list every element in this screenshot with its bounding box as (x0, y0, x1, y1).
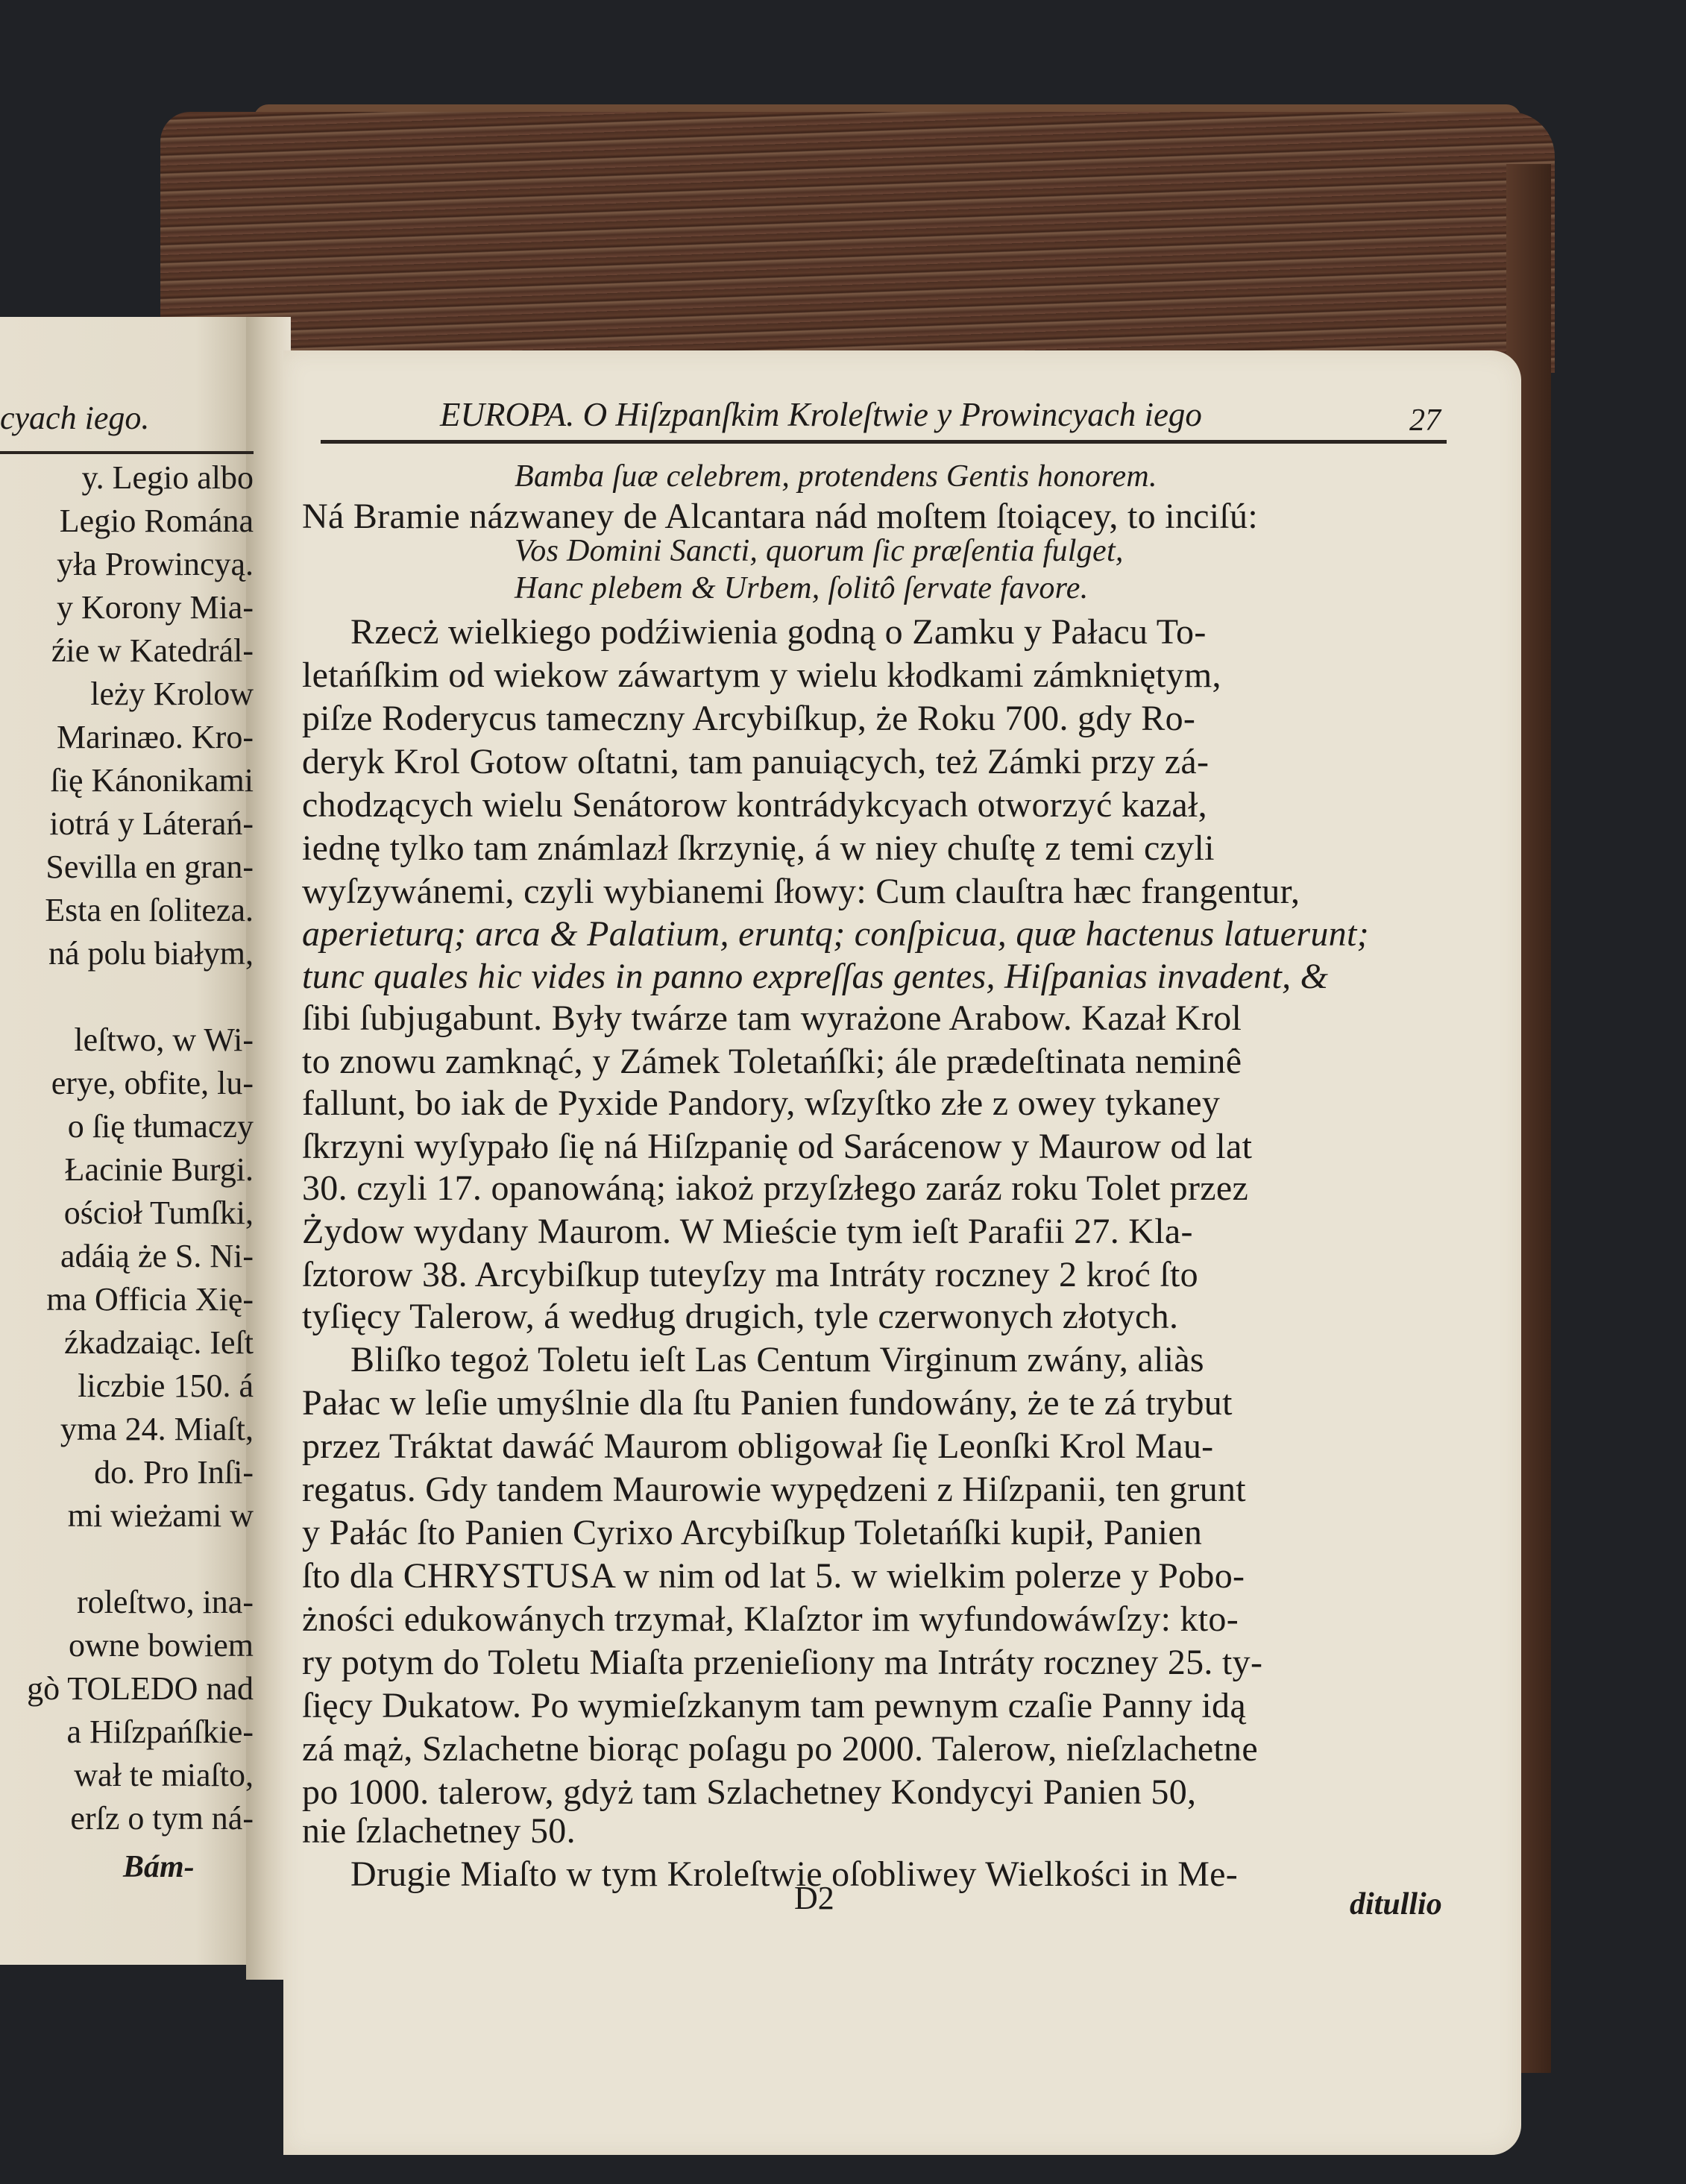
signature-mark: D2 (794, 1879, 834, 1917)
catchword: ditullio (1350, 1886, 1442, 1922)
left-running-head: cyach iego. (0, 399, 149, 437)
text-line: Żydow wydany Maurom. W Mieście tym ieſt … (302, 1211, 1193, 1252)
running-head: EUROPA. O Hiſzpanſkim Kroleſtwie y Prowi… (440, 395, 1202, 434)
left-text-line: Esta en ſoliteza. (0, 891, 254, 929)
left-text-line: ościoł Tumſki, (0, 1194, 254, 1232)
left-catchword: Bám- (123, 1849, 195, 1885)
text-line: iednę tylko tam známlazł ſkrzynię, á w n… (302, 828, 1215, 869)
left-text-line: mi wieżami w (0, 1497, 254, 1535)
text-line: Hanc plebem & Urbem, ſolitô ſervate favo… (515, 570, 1089, 606)
left-text-line: roleſtwo, ina- (0, 1583, 254, 1621)
text-line: ſztorow 38. Arcybiſkup tuteyſzy ma Intrá… (302, 1254, 1198, 1295)
left-text-line: gò TOLEDO nad (0, 1670, 254, 1708)
left-text-line: źie w Katedrál- (0, 632, 254, 670)
left-text-line: yła Prowincyą. (0, 545, 254, 583)
header-rule (321, 440, 1447, 444)
text-line: Rzecż wielkiego podźiwienia godną o Zamk… (350, 611, 1207, 652)
left-text-line: yma 24. Miaſt, (0, 1410, 254, 1448)
left-text-line: Legio Romána (0, 502, 254, 540)
text-line: nie ſzlachetney 50. (302, 1810, 576, 1851)
text-line: Ná Bramie názwaney de Alcantara nád moſt… (302, 496, 1258, 537)
text-line: po 1000. talerow, gdyż tam Szlachetney K… (302, 1772, 1196, 1813)
text-line: deryk Krol Gotow oſtatni, tam panuiących… (302, 741, 1209, 782)
text-line: to znowu zamknąć, y Zámek Toletańſki; ál… (302, 1041, 1242, 1082)
left-text-line: leſtwo, w Wi- (0, 1021, 254, 1059)
text-line: 30. czyli 17. opanowáną; iakoż przyſzłeg… (302, 1168, 1248, 1209)
left-text-line: a Hiſzpańſkie- (0, 1713, 254, 1751)
left-text-line: erſz o tym ná- (0, 1799, 254, 1837)
text-line: wyſzywánemi, czyli wybianemi ſłowy: Cum … (302, 871, 1300, 912)
text-line: ſkrzyni wyſypało ſię ná Hiſzpanię od Sar… (302, 1126, 1252, 1167)
left-text-line: Sevilla en gran- (0, 848, 254, 886)
text-line: Vos Domini Sancti, quorum ſic præſentia … (515, 533, 1124, 569)
text-line: zá mąż, Szlachetne biorąc poſagu po 2000… (302, 1728, 1258, 1769)
text-line: tunc quales hic vides in panno expreſſas… (302, 956, 1328, 997)
text-line: Pałac w leſie umyślnie dla ſtu Panien fu… (302, 1382, 1233, 1423)
left-text-line: o ſię tłumaczy (0, 1107, 254, 1145)
left-text-line: liczbie 150. á (0, 1367, 254, 1405)
page-number: 27 (1409, 403, 1441, 438)
text-line: letańſkim od wiekow záwartym y wielu kło… (302, 655, 1221, 696)
left-text-line: leży Krolow (0, 675, 254, 713)
left-text-line: Marinæo. Kro- (0, 718, 254, 756)
text-line: przez Tráktat dawáć Maurom obligował ſię… (302, 1426, 1213, 1467)
left-text-line: ſię Kánonikami (0, 761, 254, 799)
left-text-line: y Korony Mia- (0, 588, 254, 626)
text-line: Bamba ſuæ celebrem, protendens Gentis ho… (515, 459, 1157, 494)
left-text-line: owne bowiem (0, 1626, 254, 1664)
left-text-line: wał te miaſto, (0, 1756, 254, 1794)
book-page-block-edge (160, 112, 1555, 373)
text-line: y Pałác ſto Panien Cyrixo Arcybiſkup Tol… (302, 1512, 1202, 1553)
text-line: tyſięcy Talerow, á według drugich, tyle … (302, 1296, 1178, 1337)
left-text-line: erye, obfite, lu- (0, 1064, 254, 1102)
left-text-line: ma Officia Xię- (0, 1280, 254, 1318)
text-line: ry potym do Toletu Miaſta przenieſiony m… (302, 1642, 1262, 1683)
text-line: piſze Roderycus tameczny Arcybiſkup, że … (302, 698, 1195, 739)
left-text-line: iotrá y Láterań- (0, 805, 254, 843)
text-line: fallunt, bo iak de Pyxide Pandory, wſzyſ… (302, 1083, 1220, 1124)
text-line: aperieturq; arca & Palatium, eruntq; con… (302, 913, 1369, 954)
text-line: chodzących wielu Senátorow kontrádykcyac… (302, 784, 1207, 825)
left-text-line: ná polu białym, (0, 934, 254, 972)
left-text-line: Łacinie Burgi. (0, 1151, 254, 1189)
left-header-rule (0, 451, 254, 454)
text-line: ſibi ſubjugabunt. Były twárze tam wyrażo… (302, 998, 1242, 1039)
left-text-line: adáią że S. Ni- (0, 1237, 254, 1275)
left-text-line: y. Legio albo (0, 459, 254, 497)
text-line: Bliſko tegoż Toletu ieſt Las Centum Virg… (350, 1339, 1204, 1380)
left-text-line: źkadzaiąc. Ieſt (0, 1324, 254, 1362)
left-text-line: do. Pro Inſi- (0, 1453, 254, 1491)
text-line: regatus. Gdy tandem Maurowie wypędzeni z… (302, 1469, 1246, 1510)
text-line: żności edukowánych trzymał, Klaſztor im … (302, 1599, 1239, 1640)
text-line: ſto dla CHRYSTUSA w nim od lat 5. w wiel… (302, 1555, 1245, 1596)
text-line: ſięcy Dukatow. Po wymieſzkanym tam pewny… (302, 1685, 1246, 1726)
